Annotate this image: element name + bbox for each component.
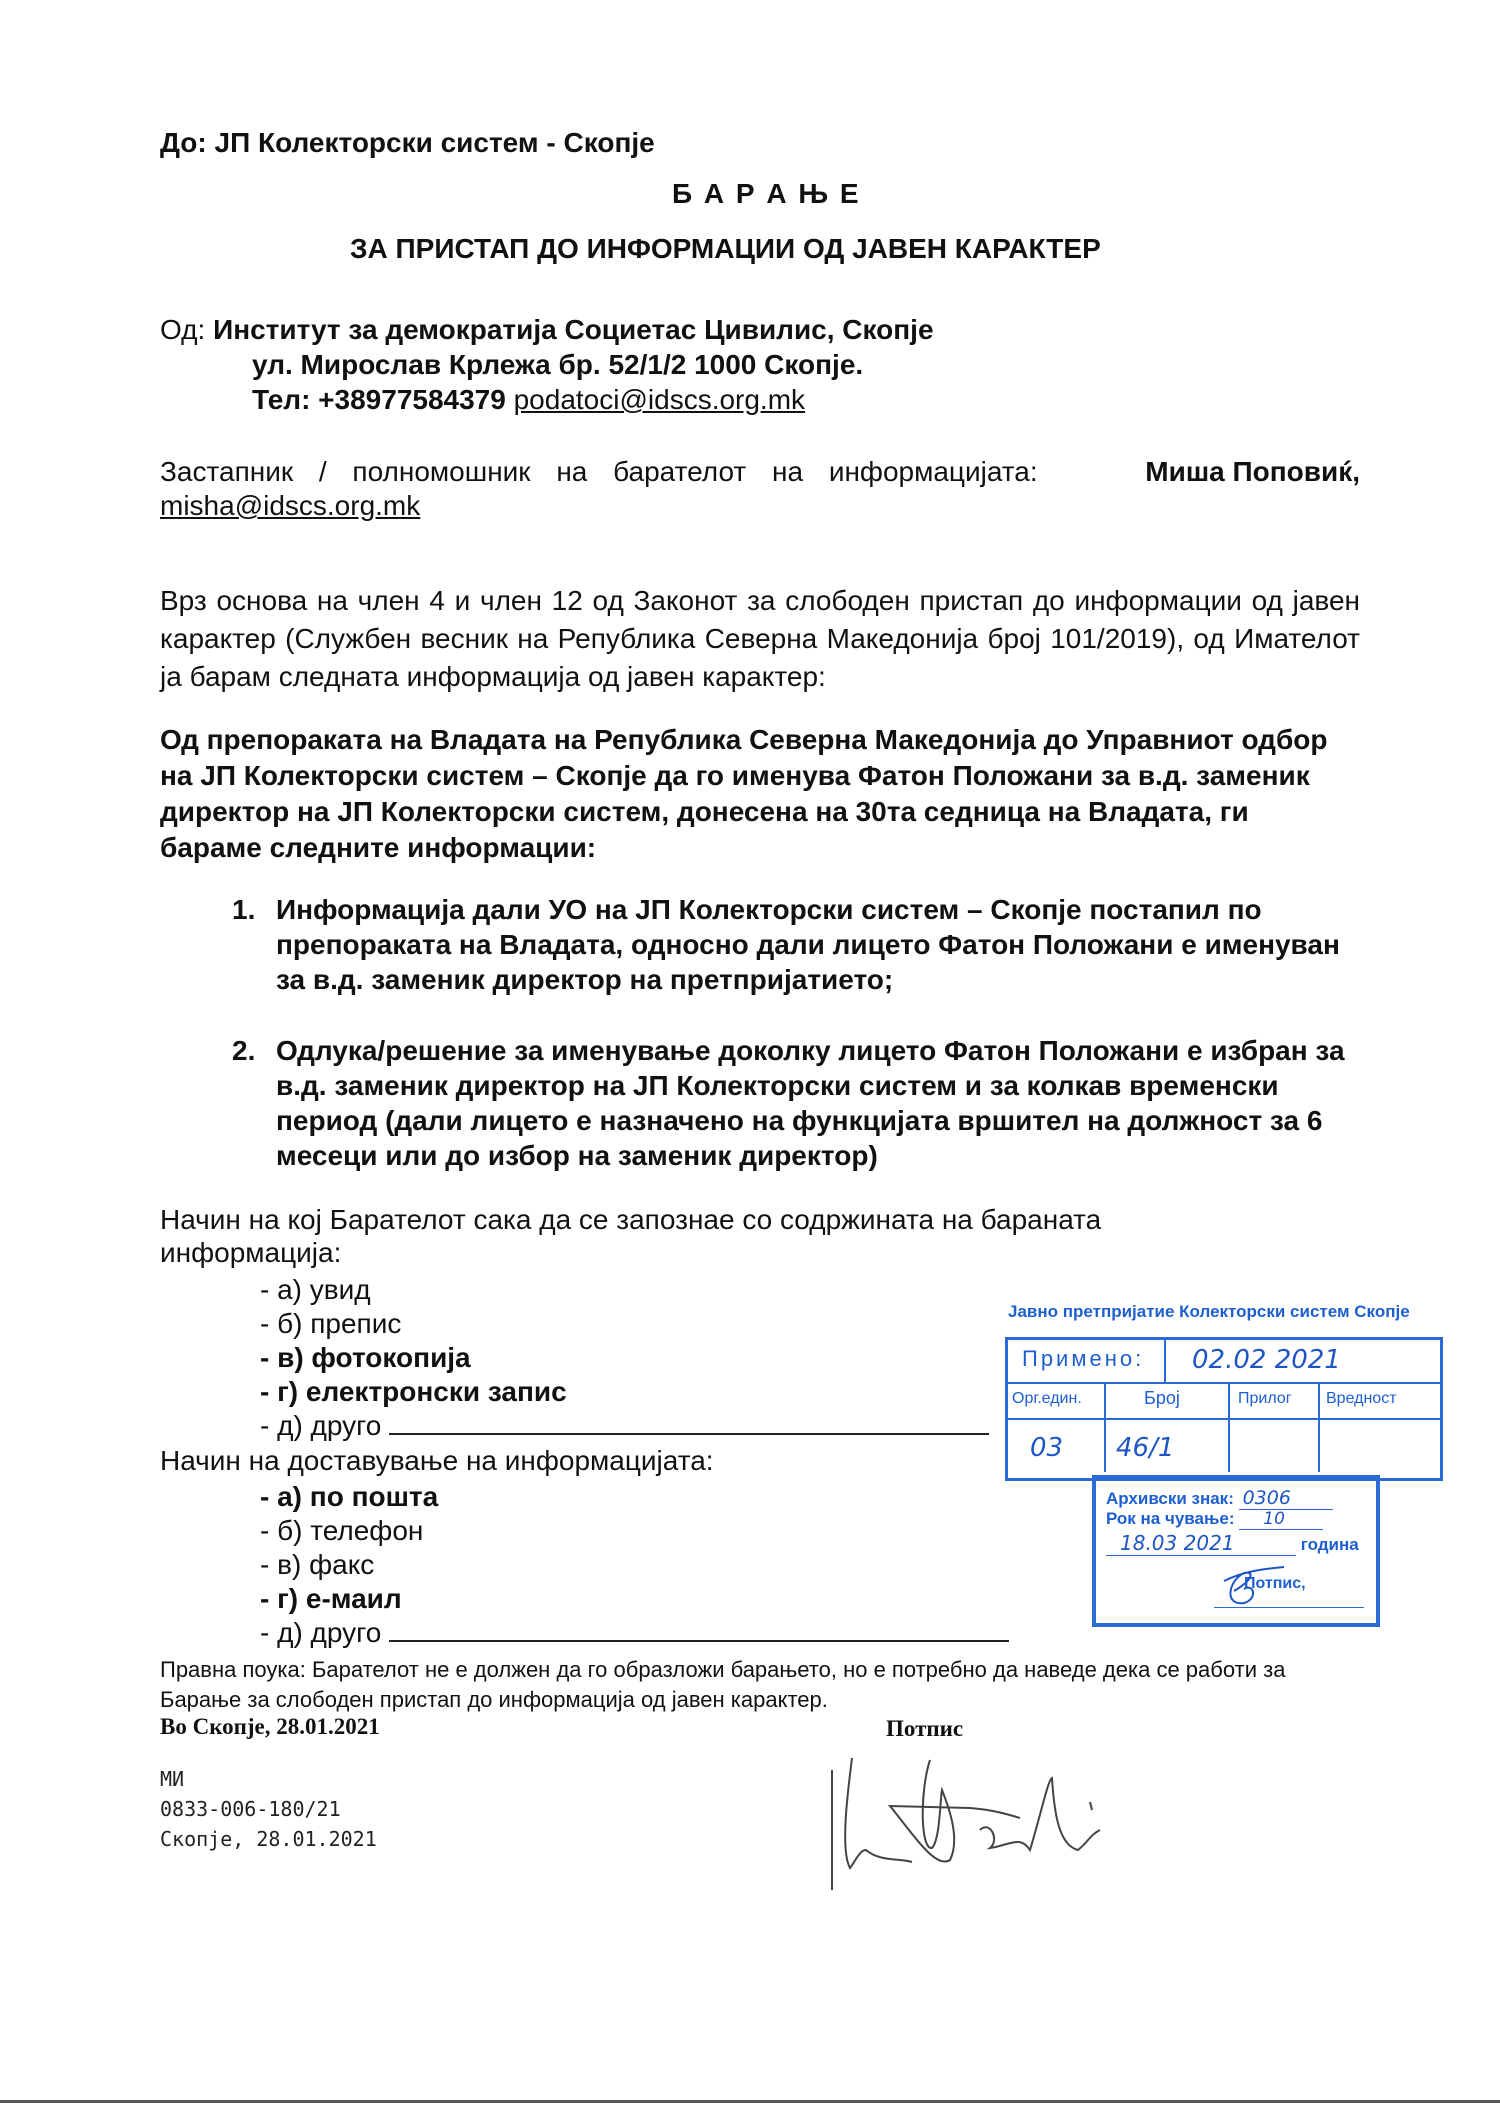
document-subtitle: ЗА ПРИСТАП ДО ИНФОРМАЦИИ ОД ЈАВЕН КАРАКТ…	[350, 232, 1101, 266]
retention-value: 10	[1239, 1509, 1323, 1530]
access-method-label: Начин на кој Барателот сака да се запозн…	[160, 1203, 1220, 1269]
signature-label: Потпис	[886, 1716, 963, 1742]
request-text: Информација дали УО на ЈП Колекторски си…	[276, 892, 1362, 997]
representative-block: Застапник / полномошник на барателот на …	[160, 455, 1360, 523]
archive-stamp: Архивски знак: 0306 Рок на чување: 10 18…	[1092, 1475, 1380, 1627]
representative-email-link[interactable]: misha@idscs.org.mk	[160, 489, 1360, 523]
legal-basis-paragraph: Врз основа на член 4 и член 12 од Законо…	[160, 582, 1360, 696]
request-text: Одлука/решение за именување доколку лице…	[276, 1033, 1362, 1173]
sender-phone: Тел: +38977584379	[252, 384, 506, 415]
access-method-options: - а) увид - б) препис - в) фотокопија - …	[260, 1273, 989, 1443]
archive-value: 0306	[1239, 1487, 1333, 1510]
access-option-transcript[interactable]: - б) препис	[260, 1307, 989, 1341]
received-stamp: Примено: 02.02 2021 Орг.един. Број Прило…	[1005, 1337, 1443, 1481]
sender-address: ул. Мирослав Крлежа бр. 52/1/2 1000 Скоп…	[252, 348, 863, 382]
sender-contact: Тел: +38977584379 podatoci@idscs.org.mk	[252, 383, 805, 417]
delivery-option-email[interactable]: - г) е-маил	[260, 1582, 1009, 1616]
reference-block: МИ 0833-006-180/21 Скопје, 28.01.2021	[160, 1764, 377, 1854]
delivery-option-phone[interactable]: - б) телефон	[260, 1514, 1009, 1548]
access-option-other[interactable]: - д) друго	[260, 1409, 989, 1443]
scan-edge-divider	[0, 2100, 1500, 2103]
legal-notice: Правна поука: Барателот не е должен да г…	[160, 1655, 1370, 1715]
representative-text: Застапник / полномошник на барателот на …	[160, 455, 1038, 489]
value-cell	[1320, 1420, 1440, 1472]
access-option-electronic[interactable]: - г) електронски запис	[260, 1375, 989, 1409]
attachment-value	[1230, 1420, 1320, 1472]
archive-signature-scribble-icon	[1214, 1561, 1294, 1611]
request-item-2: 2. Одлука/решение за именување доколку л…	[232, 1033, 1362, 1173]
org-unit-value: 03	[1030, 1433, 1063, 1463]
delivery-option-other-label: - д) друго	[260, 1617, 381, 1648]
request-intro: Од препораката на Владата на Република С…	[160, 722, 1350, 866]
delivery-other-blank-field[interactable]	[389, 1616, 1009, 1642]
access-option-inspection[interactable]: - а) увид	[260, 1273, 989, 1307]
delivery-option-other[interactable]: - д) друго	[260, 1616, 1009, 1650]
delivery-option-fax[interactable]: - в) факс	[260, 1548, 1009, 1582]
column-value: Вредност	[1326, 1390, 1397, 1407]
sender-label: Од:	[160, 314, 205, 345]
delivery-method-options: - а) по пошта - б) телефон - в) факс - г…	[260, 1480, 1009, 1650]
place-date: Во Скопје, 28.01.2021	[160, 1714, 380, 1740]
sender-email-link[interactable]: podatoci@idscs.org.mk	[514, 384, 805, 415]
number-value: 46/1	[1116, 1433, 1174, 1463]
representative-name: Миша Поповиќ,	[1145, 455, 1360, 489]
year-label: година	[1301, 1535, 1359, 1554]
delivery-method-label: Начин на доставување на информацијата:	[160, 1444, 714, 1478]
reference-date: Скопје, 28.01.2021	[160, 1824, 377, 1854]
received-label: Примено:	[1022, 1346, 1144, 1371]
request-number: 2.	[232, 1033, 255, 1068]
archive-label: Архивски знак:	[1106, 1489, 1234, 1508]
sender-block: Од: Институт за демократија Социетас Цив…	[160, 313, 934, 347]
recipient-line: До: ЈП Колекторски систем - Скопје	[160, 126, 655, 160]
access-other-blank-field[interactable]	[389, 1409, 989, 1435]
stamp-organization: Јавно претпријатие Колекторски систем Ск…	[1008, 1302, 1410, 1322]
column-number: Број	[1144, 1388, 1180, 1408]
document-title: Б А Р А Њ Е	[672, 178, 861, 210]
column-attachment: Прилог	[1238, 1390, 1292, 1407]
access-option-photocopy[interactable]: - в) фотокопија	[260, 1341, 989, 1375]
delivery-option-post[interactable]: - а) по пошта	[260, 1480, 1009, 1514]
request-number: 1.	[232, 892, 255, 927]
archive-date-value: 18.03 2021	[1106, 1531, 1296, 1556]
handwritten-signature-icon	[820, 1750, 1140, 1900]
reference-number: 0833-006-180/21	[160, 1794, 377, 1824]
received-date: 02.02 2021	[1192, 1345, 1341, 1375]
access-option-other-label: - д) друго	[260, 1410, 381, 1441]
request-item-1: 1. Информација дали УО на ЈП Колекторски…	[232, 892, 1362, 997]
retention-label: Рок на чување:	[1106, 1509, 1235, 1528]
reference-initials: МИ	[160, 1764, 377, 1794]
column-org-unit: Орг.един.	[1012, 1390, 1082, 1407]
sender-name: Институт за демократија Социетас Цивилис…	[213, 314, 933, 345]
